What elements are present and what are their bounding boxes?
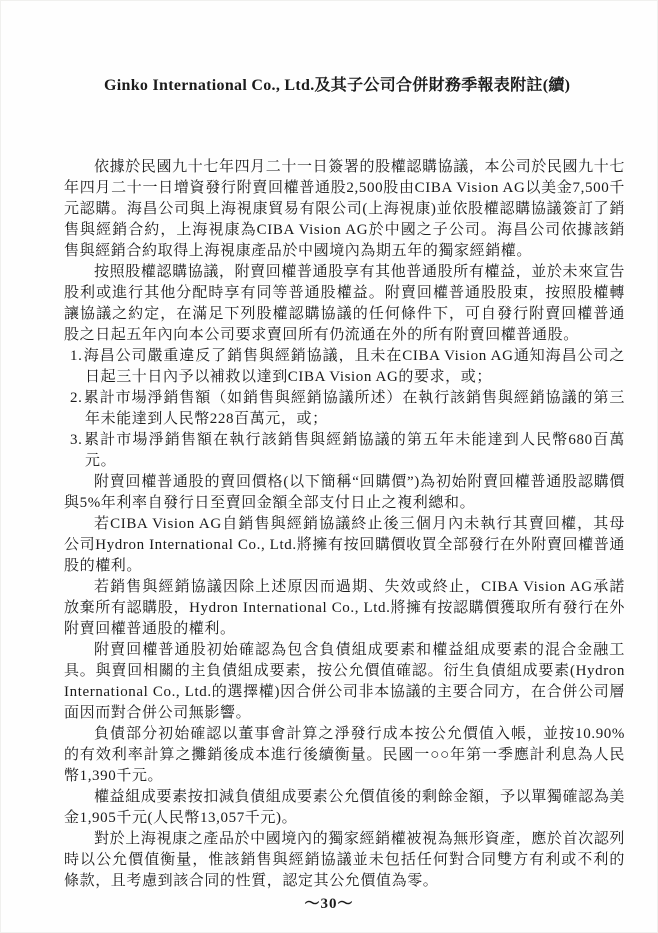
condition-3-text: 累計市場淨銷售額在執行該銷售與經銷協議的第五年未能達到人民幣680百萬元。 — [83, 432, 625, 469]
page-number: ～30～ — [0, 892, 658, 913]
paragraph-putable-shares-rights: 按照股權認購協議，附賣回權普通股享有其他普通股所有權益，並於未來宣告股利或進行其… — [64, 262, 625, 346]
paragraph-hydron-repurchase-right: 若CIBA Vision AG自銷售與經銷協議終止後三個月內未執行其賣回權，其母… — [64, 514, 625, 577]
paragraph-share-subscription: 依據於民國九十七年四月二十一日簽署的股權認購協議，本公司於民國九十七年四月二十一… — [64, 157, 625, 262]
condition-3-marker: 3. — [70, 432, 83, 448]
condition-2-text: 累計市場淨銷售額（如銷售與經銷協議所述）在執行該銷售與經銷協議的第三年未能達到人… — [83, 390, 625, 427]
page-title: Ginko International Co., Ltd.及其子公司合併財務季報… — [104, 72, 570, 95]
paragraph-agreement-termination: 若銷售與經銷協議因除上述原因而過期、失效或終止，CIBA Vision AG承諾… — [64, 577, 625, 640]
condition-2-marker: 2. — [70, 390, 83, 406]
paragraph-hybrid-instrument: 附賣回權普通股初始確認為包含負債組成要素和權益組成要素的混合金融工具。與賣回相關… — [64, 640, 625, 724]
paragraph-liability-component: 負債部分初始確認以董事會計算之淨發行成本按公允價值入帳，並按10.90%的有效利… — [64, 724, 625, 787]
document-page: Ginko International Co., Ltd.及其子公司合併財務季報… — [0, 0, 658, 933]
condition-item-3: 3.累計市場淨銷售額在執行該銷售與經銷協議的第五年未能達到人民幣680百萬元。 — [70, 430, 625, 472]
condition-1-marker: 1. — [70, 348, 83, 364]
condition-item-2: 2.累計市場淨銷售額（如銷售與經銷協議所述）在執行該銷售與經銷協議的第三年未能達… — [70, 388, 625, 430]
condition-item-1: 1.海昌公司嚴重違反了銷售與經銷協議，且未在CIBA Vision AG通知海昌… — [70, 346, 625, 388]
paragraph-repurchase-price: 附賣回權普通股的賣回價格(以下簡稱“回購價”)為初始附賣回權普通股認購價與5%年… — [64, 472, 625, 514]
paragraph-distribution-right-intangible: 對於上海視康之產品於中國境內的獨家經銷權被視為無形資產，應於首次認列時以公允價值… — [64, 829, 625, 892]
document-body: 依據於民國九十七年四月二十一日簽署的股權認購協議，本公司於民國九十七年四月二十一… — [64, 157, 625, 892]
condition-1-text: 海昌公司嚴重違反了銷售與經銷協議，且未在CIBA Vision AG通知海昌公司… — [83, 348, 625, 385]
paragraph-equity-component: 權益組成要素按扣減負債組成要素公允價值後的剩餘金額，予以單獨確認為美金1,905… — [64, 787, 625, 829]
